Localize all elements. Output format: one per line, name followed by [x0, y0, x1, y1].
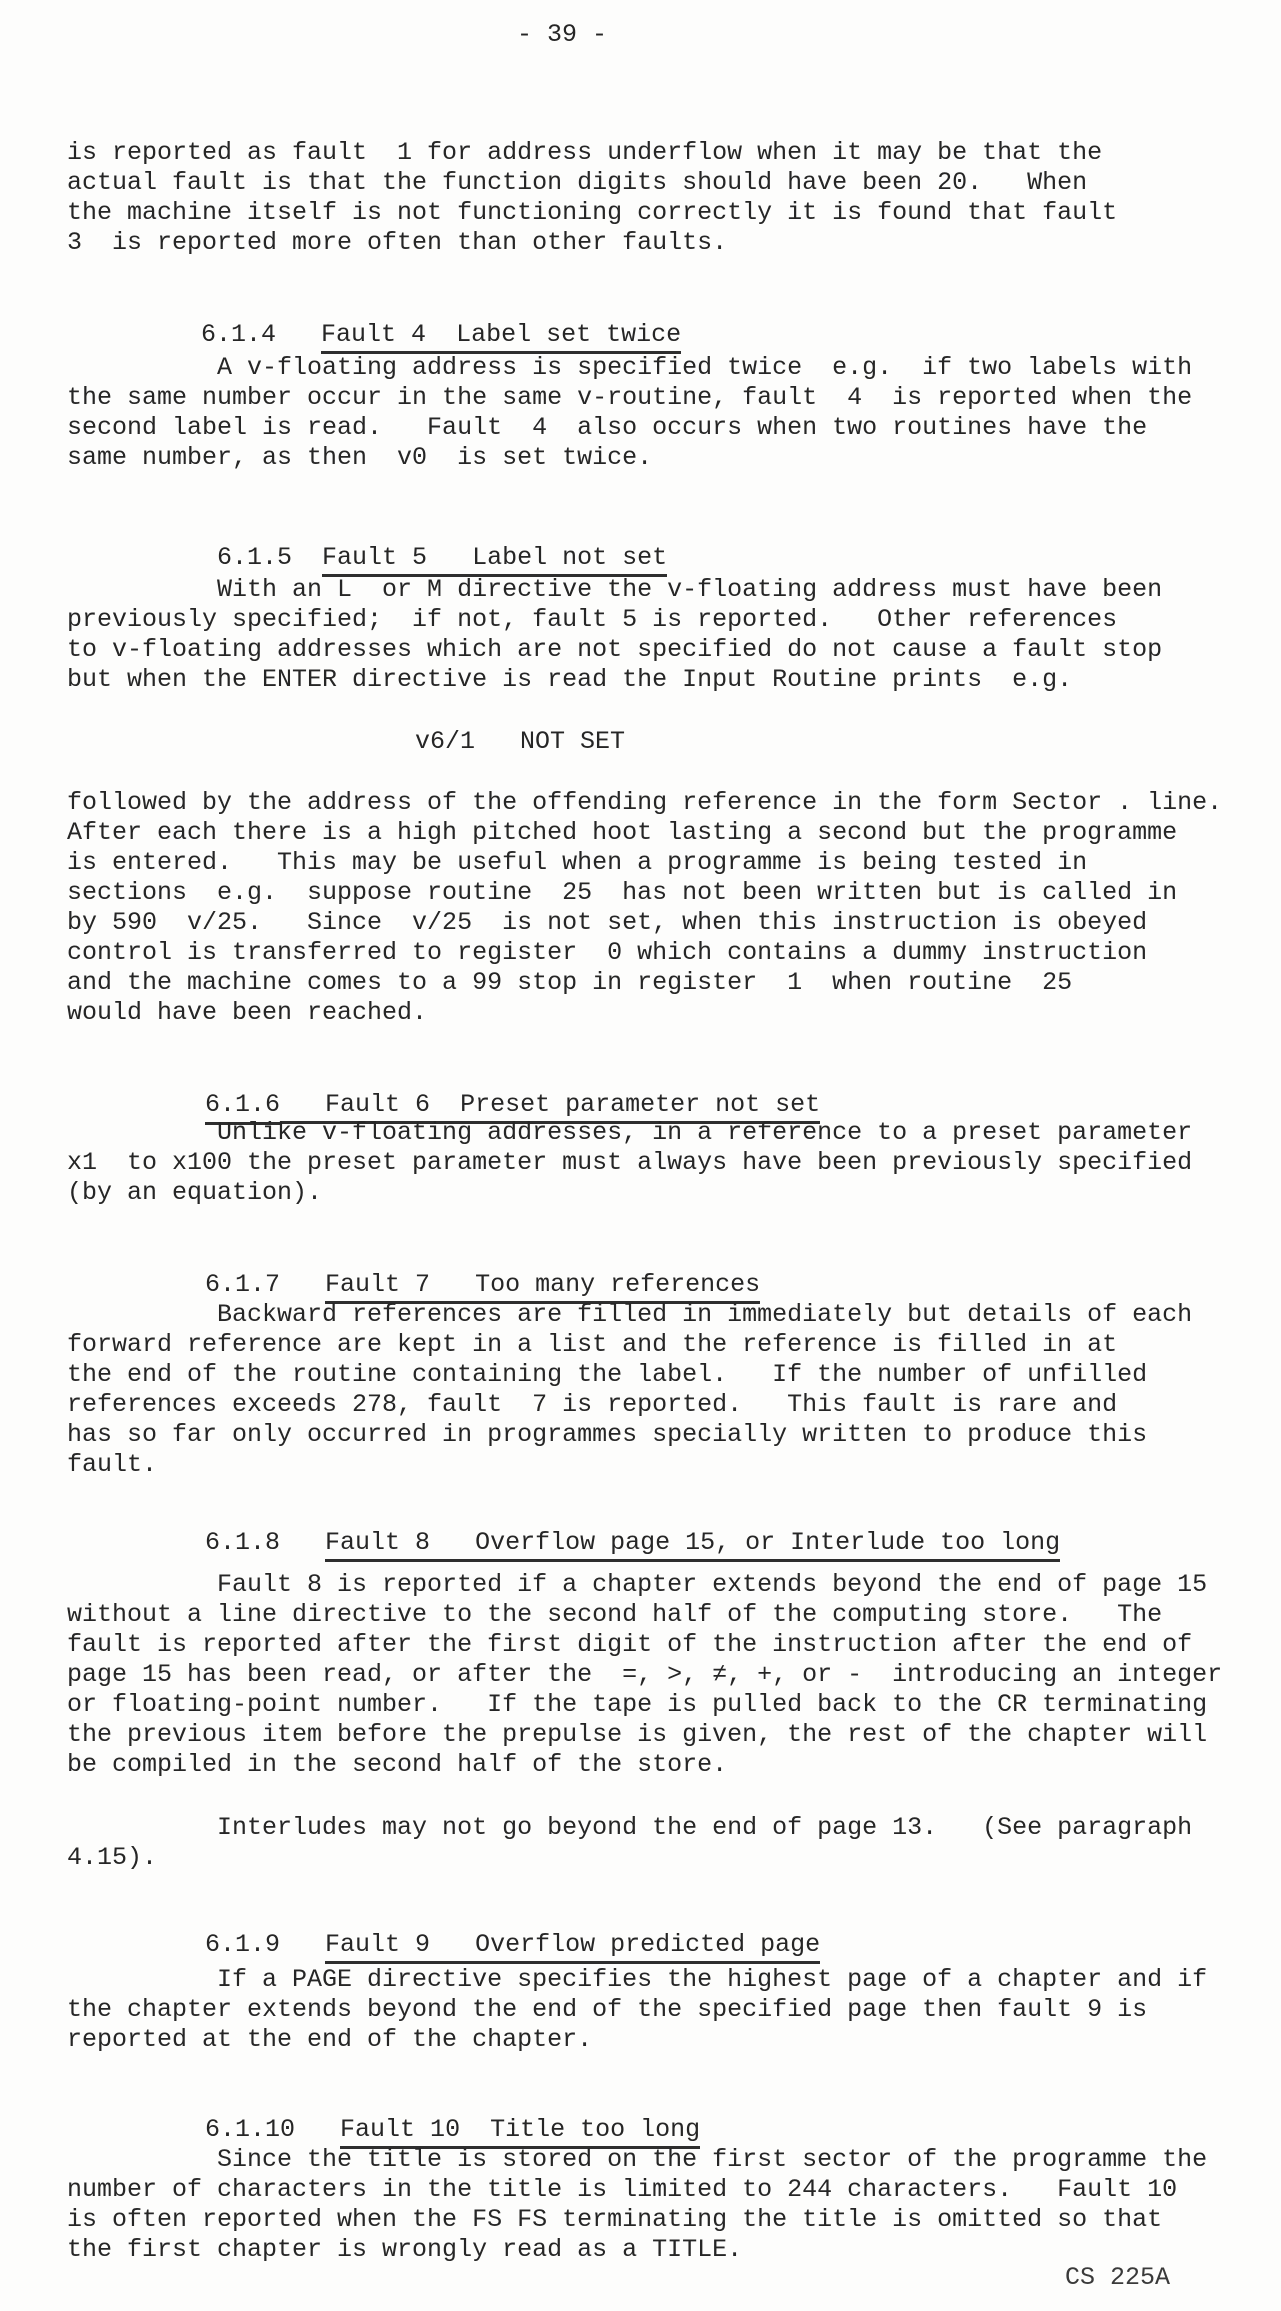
intro-paragraph: is reported as fault 1 for address under…: [67, 138, 1117, 258]
text-line: forward reference are kept in a list and…: [67, 1330, 1192, 1360]
document-code: CS 225A: [1065, 2263, 1170, 2293]
text-line: same number, as then v0 is set twice.: [67, 443, 1192, 473]
text-line: 4.15).: [67, 1843, 1192, 1873]
text-line: (by an equation).: [67, 1178, 1192, 1208]
section-paragraph: Unlike v-floating addresses, in a refere…: [67, 1118, 1192, 1208]
text-line: A v-floating address is specified twice …: [67, 353, 1192, 383]
text-line: Fault 8 is reported if a chapter extends…: [67, 1570, 1222, 1600]
section-title: Fault 5 Label not set: [322, 543, 667, 577]
text-line: be compiled in the second half of the st…: [67, 1750, 1222, 1780]
text-line: fault.: [67, 1450, 1192, 1480]
text-line: sections e.g. suppose routine 25 has not…: [67, 878, 1222, 908]
section-number: 6.1.9: [205, 1930, 280, 1960]
text-line: Unlike v-floating addresses, in a refere…: [67, 1118, 1192, 1148]
section-paragraph: Interludes may not go beyond the end of …: [67, 1813, 1192, 1873]
text-line: is often reported when the FS FS termina…: [67, 2205, 1207, 2235]
text-line: With an L or M directive the v-floating …: [67, 575, 1162, 605]
section-title: Fault 4 Label set twice: [321, 320, 681, 354]
text-line: After each there is a high pitched hoot …: [67, 818, 1222, 848]
text-line: 3 is reported more often than other faul…: [67, 228, 1117, 258]
text-line: control is transferred to register 0 whi…: [67, 938, 1222, 968]
text-line: or floating-point number. If the tape is…: [67, 1690, 1222, 1720]
example-output: v6/1 NOT SET: [415, 727, 625, 757]
text-line: actual fault is that the function digits…: [67, 168, 1117, 198]
text-line: If a PAGE directive specifies the highes…: [67, 1965, 1207, 1995]
text-line: page 15 has been read, or after the =, >…: [67, 1660, 1222, 1690]
section-paragraph: Fault 8 is reported if a chapter extends…: [67, 1570, 1222, 1780]
text-line: Backward references are filled in immedi…: [67, 1300, 1192, 1330]
text-line: x1 to x100 the preset parameter must alw…: [67, 1148, 1192, 1178]
section-title: Fault 9 Overflow predicted page: [325, 1930, 820, 1964]
section-paragraph: Since the title is stored on the first s…: [67, 2145, 1207, 2265]
text-line: the machine itself is not functioning co…: [67, 198, 1117, 228]
section-number: 6.1.8: [205, 1528, 280, 1558]
section-paragraph: If a PAGE directive specifies the highes…: [67, 1965, 1207, 2055]
section-title: Fault 7 Too many references: [325, 1270, 760, 1304]
text-line: is entered. This may be useful when a pr…: [67, 848, 1222, 878]
text-line: the end of the routine containing the la…: [67, 1360, 1192, 1390]
text-line: number of characters in the title is lim…: [67, 2175, 1207, 2205]
text-line: is reported as fault 1 for address under…: [67, 138, 1117, 168]
text-line: previously specified; if not, fault 5 is…: [67, 605, 1162, 635]
text-line: fault is reported after the first digit …: [67, 1630, 1222, 1660]
section-number: 6.1.10: [205, 2115, 295, 2145]
text-line: without a line directive to the second h…: [67, 1600, 1222, 1630]
text-line: by 590 v/25. Since v/25 is not set, when…: [67, 908, 1222, 938]
text-line: followed by the address of the offending…: [67, 788, 1222, 818]
text-line: but when the ENTER directive is read the…: [67, 665, 1162, 695]
document-page: - 39 - is reported as fault 1 for addres…: [0, 0, 1281, 2311]
text-line: the previous item before the prepulse is…: [67, 1720, 1222, 1750]
section-paragraph: Backward references are filled in immedi…: [67, 1300, 1192, 1480]
section-paragraph: followed by the address of the offending…: [67, 788, 1222, 1028]
section-title: Fault 10 Title too long: [340, 2115, 700, 2149]
text-line: references exceeds 278, fault 7 is repor…: [67, 1390, 1192, 1420]
text-line: Since the title is stored on the first s…: [67, 2145, 1207, 2175]
text-line: Interludes may not go beyond the end of …: [67, 1813, 1192, 1843]
section-number: 6.1.7: [205, 1270, 280, 1300]
text-line: the same number occur in the same v-rout…: [67, 383, 1192, 413]
text-line: the first chapter is wrongly read as a T…: [67, 2235, 1207, 2265]
text-line: reported at the end of the chapter.: [67, 2025, 1207, 2055]
text-line: the chapter extends beyond the end of th…: [67, 1995, 1207, 2025]
section-title: Fault 8 Overflow page 15, or Interlude t…: [325, 1528, 1060, 1562]
text-line: has so far only occurred in programmes s…: [67, 1420, 1192, 1450]
text-line: would have been reached.: [67, 998, 1222, 1028]
text-line: and the machine comes to a 99 stop in re…: [67, 968, 1222, 998]
section-paragraph: A v-floating address is specified twice …: [67, 353, 1192, 473]
section-paragraph: With an L or M directive the v-floating …: [67, 575, 1162, 695]
section-number: 6.1.5: [217, 543, 292, 573]
text-line: second label is read. Fault 4 also occur…: [67, 413, 1192, 443]
section-number: 6.1.4: [201, 320, 276, 350]
page-number: - 39 -: [517, 20, 607, 50]
text-line: to v-floating addresses which are not sp…: [67, 635, 1162, 665]
